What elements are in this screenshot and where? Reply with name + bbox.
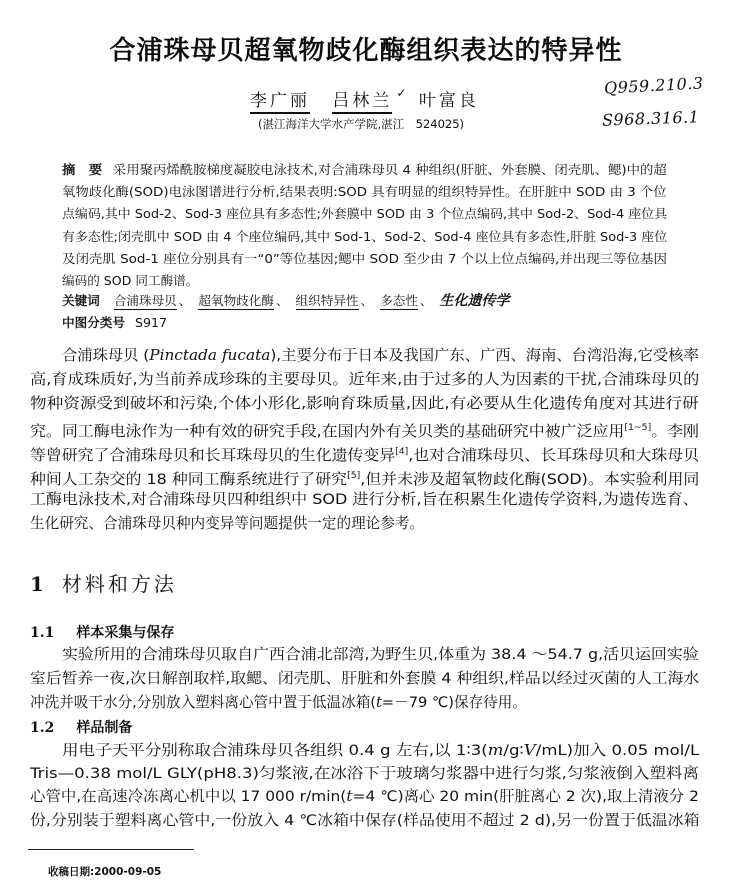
citation-ref: [4]	[395, 447, 408, 457]
author-1: 李广丽	[250, 86, 310, 114]
s12-line-1: 用电子天平分别称取合浦珠母贝各组织 0.4 g 左右,以 1∶3(m/g∶V/m…	[62, 742, 699, 760]
s11-line-1: 实验所用的合浦珠母贝取自广西合浦北部湾,为野生贝,体重为 38.4 ～54.7 …	[62, 646, 699, 664]
author-list: 李广丽 吕林兰✓ 叶富良	[250, 86, 493, 114]
author-2: 吕林兰	[332, 86, 392, 114]
classification-line: 中图分类号S917	[62, 315, 167, 331]
received-date: 收稿日期:2000-09-05	[48, 864, 161, 879]
author-3: 叶富良	[419, 86, 479, 111]
intro-line-4: 究。同工酶电泳作为一种有效的研究手段,在国内外有关贝类的基础研究中被广泛应用[1…	[30, 419, 699, 441]
citation-ref: [1~5]	[624, 423, 651, 433]
intro-line-7: 工酶电泳技术,对合浦珠母贝四种组织中 SOD 进行分析,旨在积累生化遗传学资料,…	[30, 491, 699, 509]
checkmark-icon: ✓	[396, 86, 406, 100]
abstract-line-3: 点编码,其中 Sod-2、Sod-3 座位具有多态性;外套膜中 SOD 由 3 …	[62, 206, 667, 222]
s12-line-4: 份,分别装于塑料离心管中,一份放入 4 ℃冰箱中保存(样品使用不超过 2 d),…	[30, 812, 700, 830]
paper-title: 合浦珠母贝超氧物歧化酶组织表达的特异性	[62, 30, 670, 67]
s11-line-2: 室后暂养一夜,次日解剖取样,取鳃、闭壳肌、肝脏和外套膜 4 种组织,样品以经过灭…	[30, 670, 699, 688]
intro-line-1: 合浦珠母贝 (Pinctada fucata),主要分布于日本及我国广东、广西、…	[62, 347, 699, 365]
species-name: Pinctada fucata	[149, 347, 270, 364]
keyword-1: 合浦珠母贝	[114, 293, 177, 310]
s12-line-3: 心管中,在高速冷冻离心机中以 17 000 r/min(t=4 ℃)离心 20 …	[30, 788, 699, 806]
keyword-handwritten: 生化遗传学	[440, 293, 510, 309]
keyword-3: 组织特异性	[296, 293, 359, 310]
abstract-line-1: 摘 要采用聚丙烯酰胺梯度凝胶电泳技术,对合浦珠母贝 4 种组织(肝脏、外套膜、闭…	[62, 162, 667, 178]
handwritten-code-2: S968.316.1	[602, 107, 700, 129]
abstract-line-5: 及闭壳肌 Sod-1 座位分别具有一“0”等位基因;鳃中 SOD 至少由 7 个…	[62, 251, 667, 267]
section-heading-1: 1材料和方法	[30, 568, 177, 597]
footnote-divider	[28, 849, 194, 850]
keywords-line: 关键词 合浦珠母贝、 超氧物歧化酶、 组织特异性、 多态性、 生化遗传学	[62, 293, 510, 309]
intro-line-8: 生化研究、合浦珠母贝种内变异等问题提供一定的理论参考。	[30, 515, 424, 533]
subsection-heading-1-1: 1.1样本采集与保存	[30, 622, 174, 642]
subsection-heading-1-2: 1.2样品制备	[30, 717, 132, 737]
abstract-line-2: 氧物歧化酶(SOD)电泳图谱进行分析,结果表明:SOD 具有明显的组织特异性。在…	[62, 184, 667, 200]
abstract-line-4: 有多态性;闭壳肌中 SOD 由 4 个座位编码,其中 Sod-1、Sod-2、S…	[62, 229, 667, 245]
keyword-2: 超氧物歧化酶	[198, 293, 274, 310]
classification-value: S917	[135, 315, 167, 330]
abstract-line-6: 编码的 SOD 同工酶谱。	[62, 273, 198, 289]
intro-line-6: 种间人工杂交的 18 种同工酶系统进行了研究[5],但并未涉及超氧物歧化酶(SO…	[30, 467, 699, 489]
keyword-4: 多态性	[380, 293, 418, 310]
abstract-label: 摘 要	[62, 162, 102, 177]
s12-line-2: Tris—0.38 mol/L GLY(pH8.3)匀浆液,在冰浴下于玻璃匀浆器…	[30, 765, 699, 783]
intro-line-2: 高,育成珠质好,为当前养成珍珠的主要母贝。近年来,由于过多的人为因素的干扰,合浦…	[30, 371, 699, 389]
intro-line-5: 等曾研究了合浦珠母贝和长耳珠母贝的生化遗传变异[4],也对合浦珠母贝、长耳珠母贝…	[30, 443, 699, 465]
intro-line-3: 物种资源受到破坏和污染,个体小形化,影响育珠质量,因此,有必要从生化遗传角度对其…	[30, 395, 699, 413]
affiliation: (湛江海洋大学水产学院,湛江 524025)	[258, 116, 464, 132]
keywords-label: 关键词	[62, 293, 100, 308]
classification-label: 中图分类号	[62, 315, 125, 330]
citation-ref: [5]	[347, 471, 360, 481]
s11-line-3: 冲洗并吸干水分,分别放入塑料离心管中置于低温冰箱(t=－79 ℃)保存待用。	[30, 694, 527, 712]
handwritten-code-1: Q959.210.3	[604, 73, 704, 97]
